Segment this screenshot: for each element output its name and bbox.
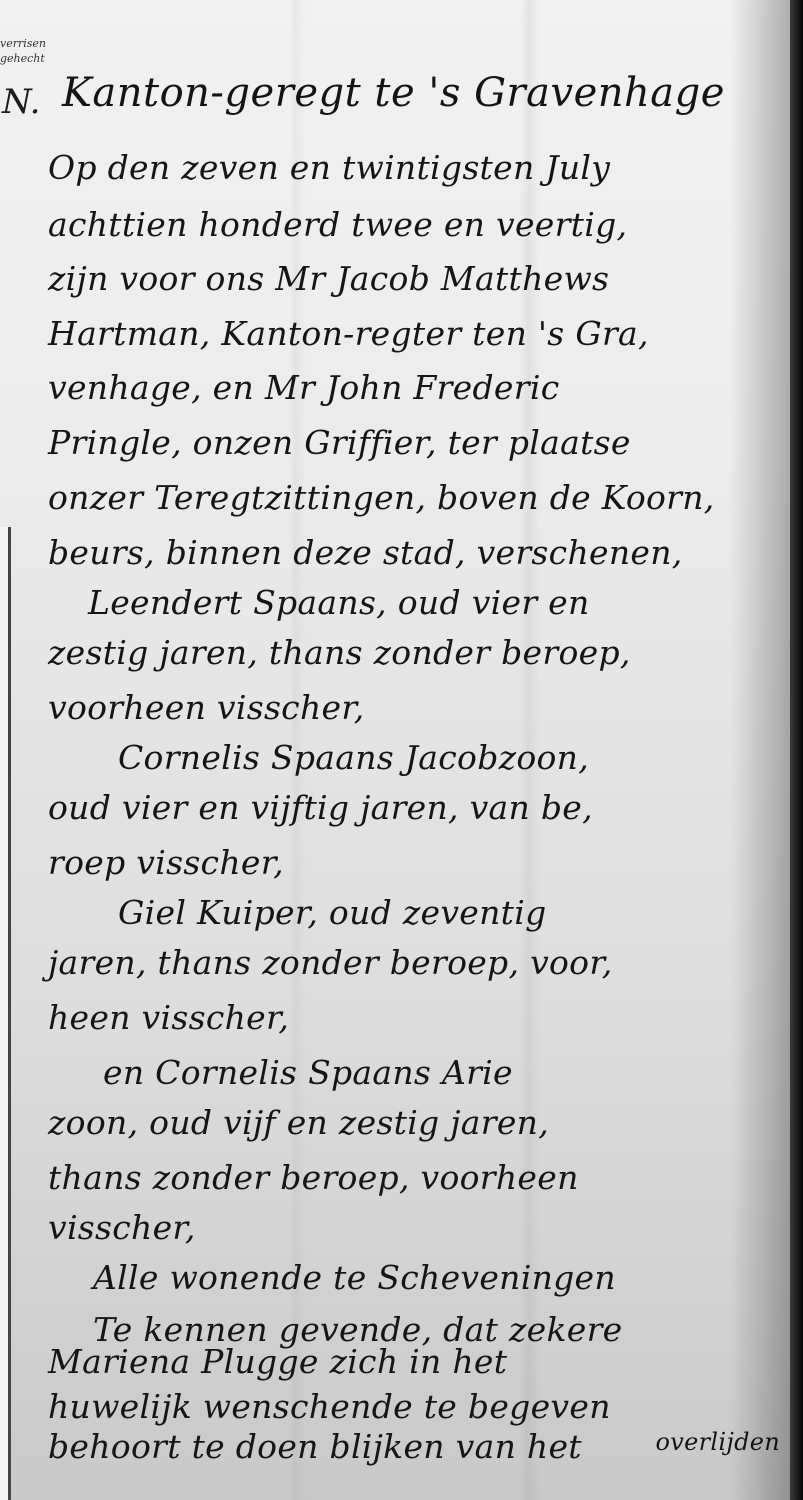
text-line: huwelijk wenschende te begeven (48, 1387, 783, 1426)
margin-annotation: verrisen gehecht (0, 36, 46, 66)
catchword: overlijden (620, 1428, 780, 1456)
document-title: Kanton-geregt te 's Gravenhage (62, 70, 782, 116)
text-line: beurs, binnen deze stad, verschenen, (48, 533, 783, 572)
underlying-sheet-edge (0, 527, 11, 1500)
text-line: jaren, thans zonder beroep, voor, (48, 943, 783, 982)
text-line: achttien honderd twee en veertig, (48, 205, 783, 244)
text-line: Leendert Spaans, oud vier en (88, 583, 803, 622)
text-line: Op den zeven en twintigsten July (48, 148, 783, 187)
text-line: venhage, en Mr John Frederic (48, 368, 783, 407)
text-line: Hartman, Kanton-regter ten 's Gra, (48, 314, 783, 353)
text-line: Giel Kuiper, oud zeventig (118, 893, 803, 932)
scan-border (790, 0, 803, 1500)
text-line: zijn voor ons Mr Jacob Matthews (48, 259, 783, 298)
text-line: oud vier en vijftig jaren, van be, (48, 788, 783, 827)
text-line: voorheen visscher, (48, 688, 783, 727)
text-line: heen visscher, (48, 998, 783, 1037)
text-line: Cornelis Spaans Jacobzoon, (118, 738, 803, 777)
margin-annotation-line: verrisen (0, 36, 46, 51)
text-line: Pringle, onzen Griffier, ter plaatse (48, 423, 783, 462)
text-line: Mariena Plugge zich in het (48, 1342, 783, 1381)
text-line: onzer Teregtzittingen, boven de Koorn, (48, 478, 783, 517)
document-page: verrisen gehecht N. Kanton-geregt te 's … (0, 0, 790, 1500)
margin-annotation-line: gehecht (0, 51, 46, 66)
text-line: Alle wonende te Scheveningen (93, 1258, 803, 1297)
text-line: thans zonder beroep, voorheen (48, 1158, 783, 1197)
margin-mark: N. (2, 82, 40, 122)
text-line: visscher, (48, 1208, 783, 1247)
text-line: roep visscher, (48, 843, 783, 882)
text-line: zoon, oud vijf en zestig jaren, (48, 1103, 783, 1142)
text-line: zestig jaren, thans zonder beroep, (48, 633, 783, 672)
text-line: en Cornelis Spaans Arie (103, 1053, 803, 1092)
